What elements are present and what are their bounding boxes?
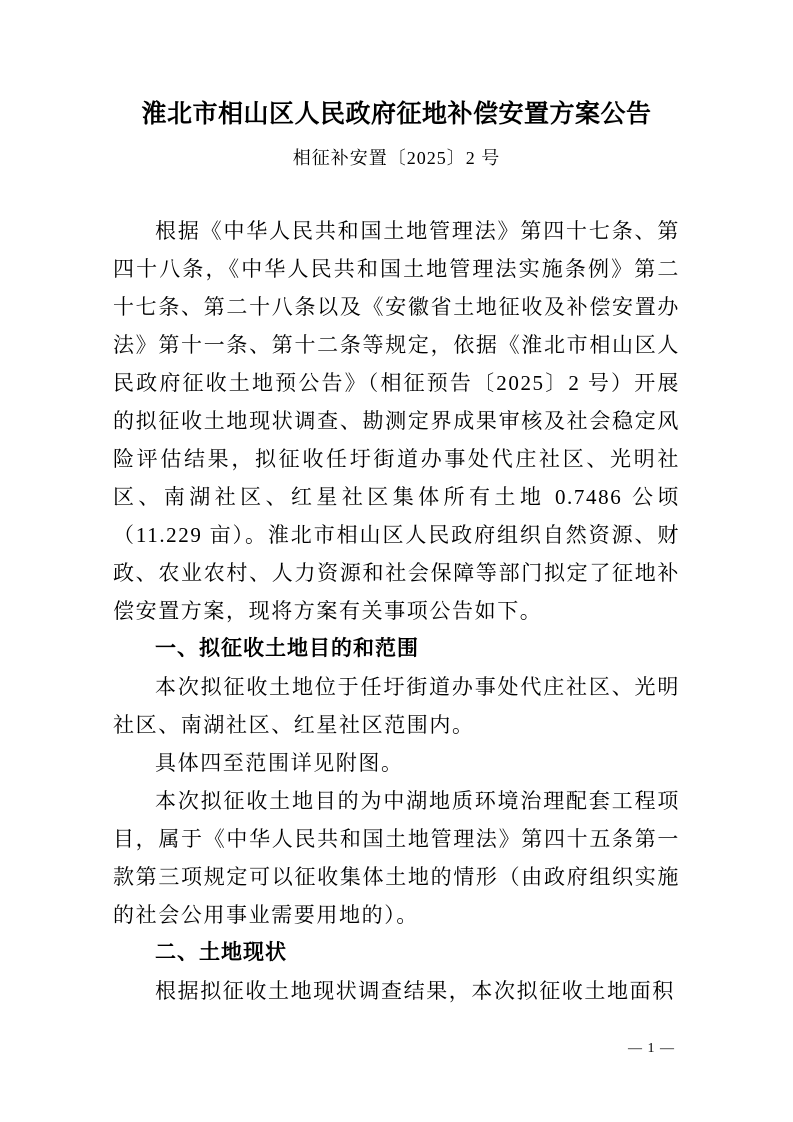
- document-number: 相征补安置〔2025〕2 号: [0, 143, 793, 173]
- document-page: 淮北市相山区人民政府征地补偿安置方案公告 相征补安置〔2025〕2 号 根据《中…: [0, 0, 793, 1122]
- paragraph-expropriation-purpose: 本次拟征收土地目的为中湖地质环境治理配套工程项目，属于《中华人民共和国土地管理法…: [113, 782, 680, 934]
- paragraph-boundary-map-note: 具体四至范围详见附图。: [113, 744, 680, 782]
- paragraph-land-location: 本次拟征收土地位于任圩街道办事处代庄社区、光明社区、南湖社区、红星社区范围内。: [113, 668, 680, 744]
- page-number: — 1 —: [628, 1040, 675, 1058]
- section-heading-purpose-and-scope: 一、拟征收土地目的和范围: [113, 630, 680, 668]
- section-heading-land-status: 二、土地现状: [113, 934, 680, 972]
- paragraph-legal-basis: 根据《中华人民共和国土地管理法》第四十七条、第四十八条，《中华人民共和国土地管理…: [113, 212, 680, 630]
- document-title: 淮北市相山区人民政府征地补偿安置方案公告: [0, 96, 793, 132]
- document-body: 根据《中华人民共和国土地管理法》第四十七条、第四十八条，《中华人民共和国土地管理…: [113, 212, 680, 1010]
- paragraph-land-status-survey: 根据拟征收土地现状调查结果，本次拟征收土地面积: [113, 972, 680, 1010]
